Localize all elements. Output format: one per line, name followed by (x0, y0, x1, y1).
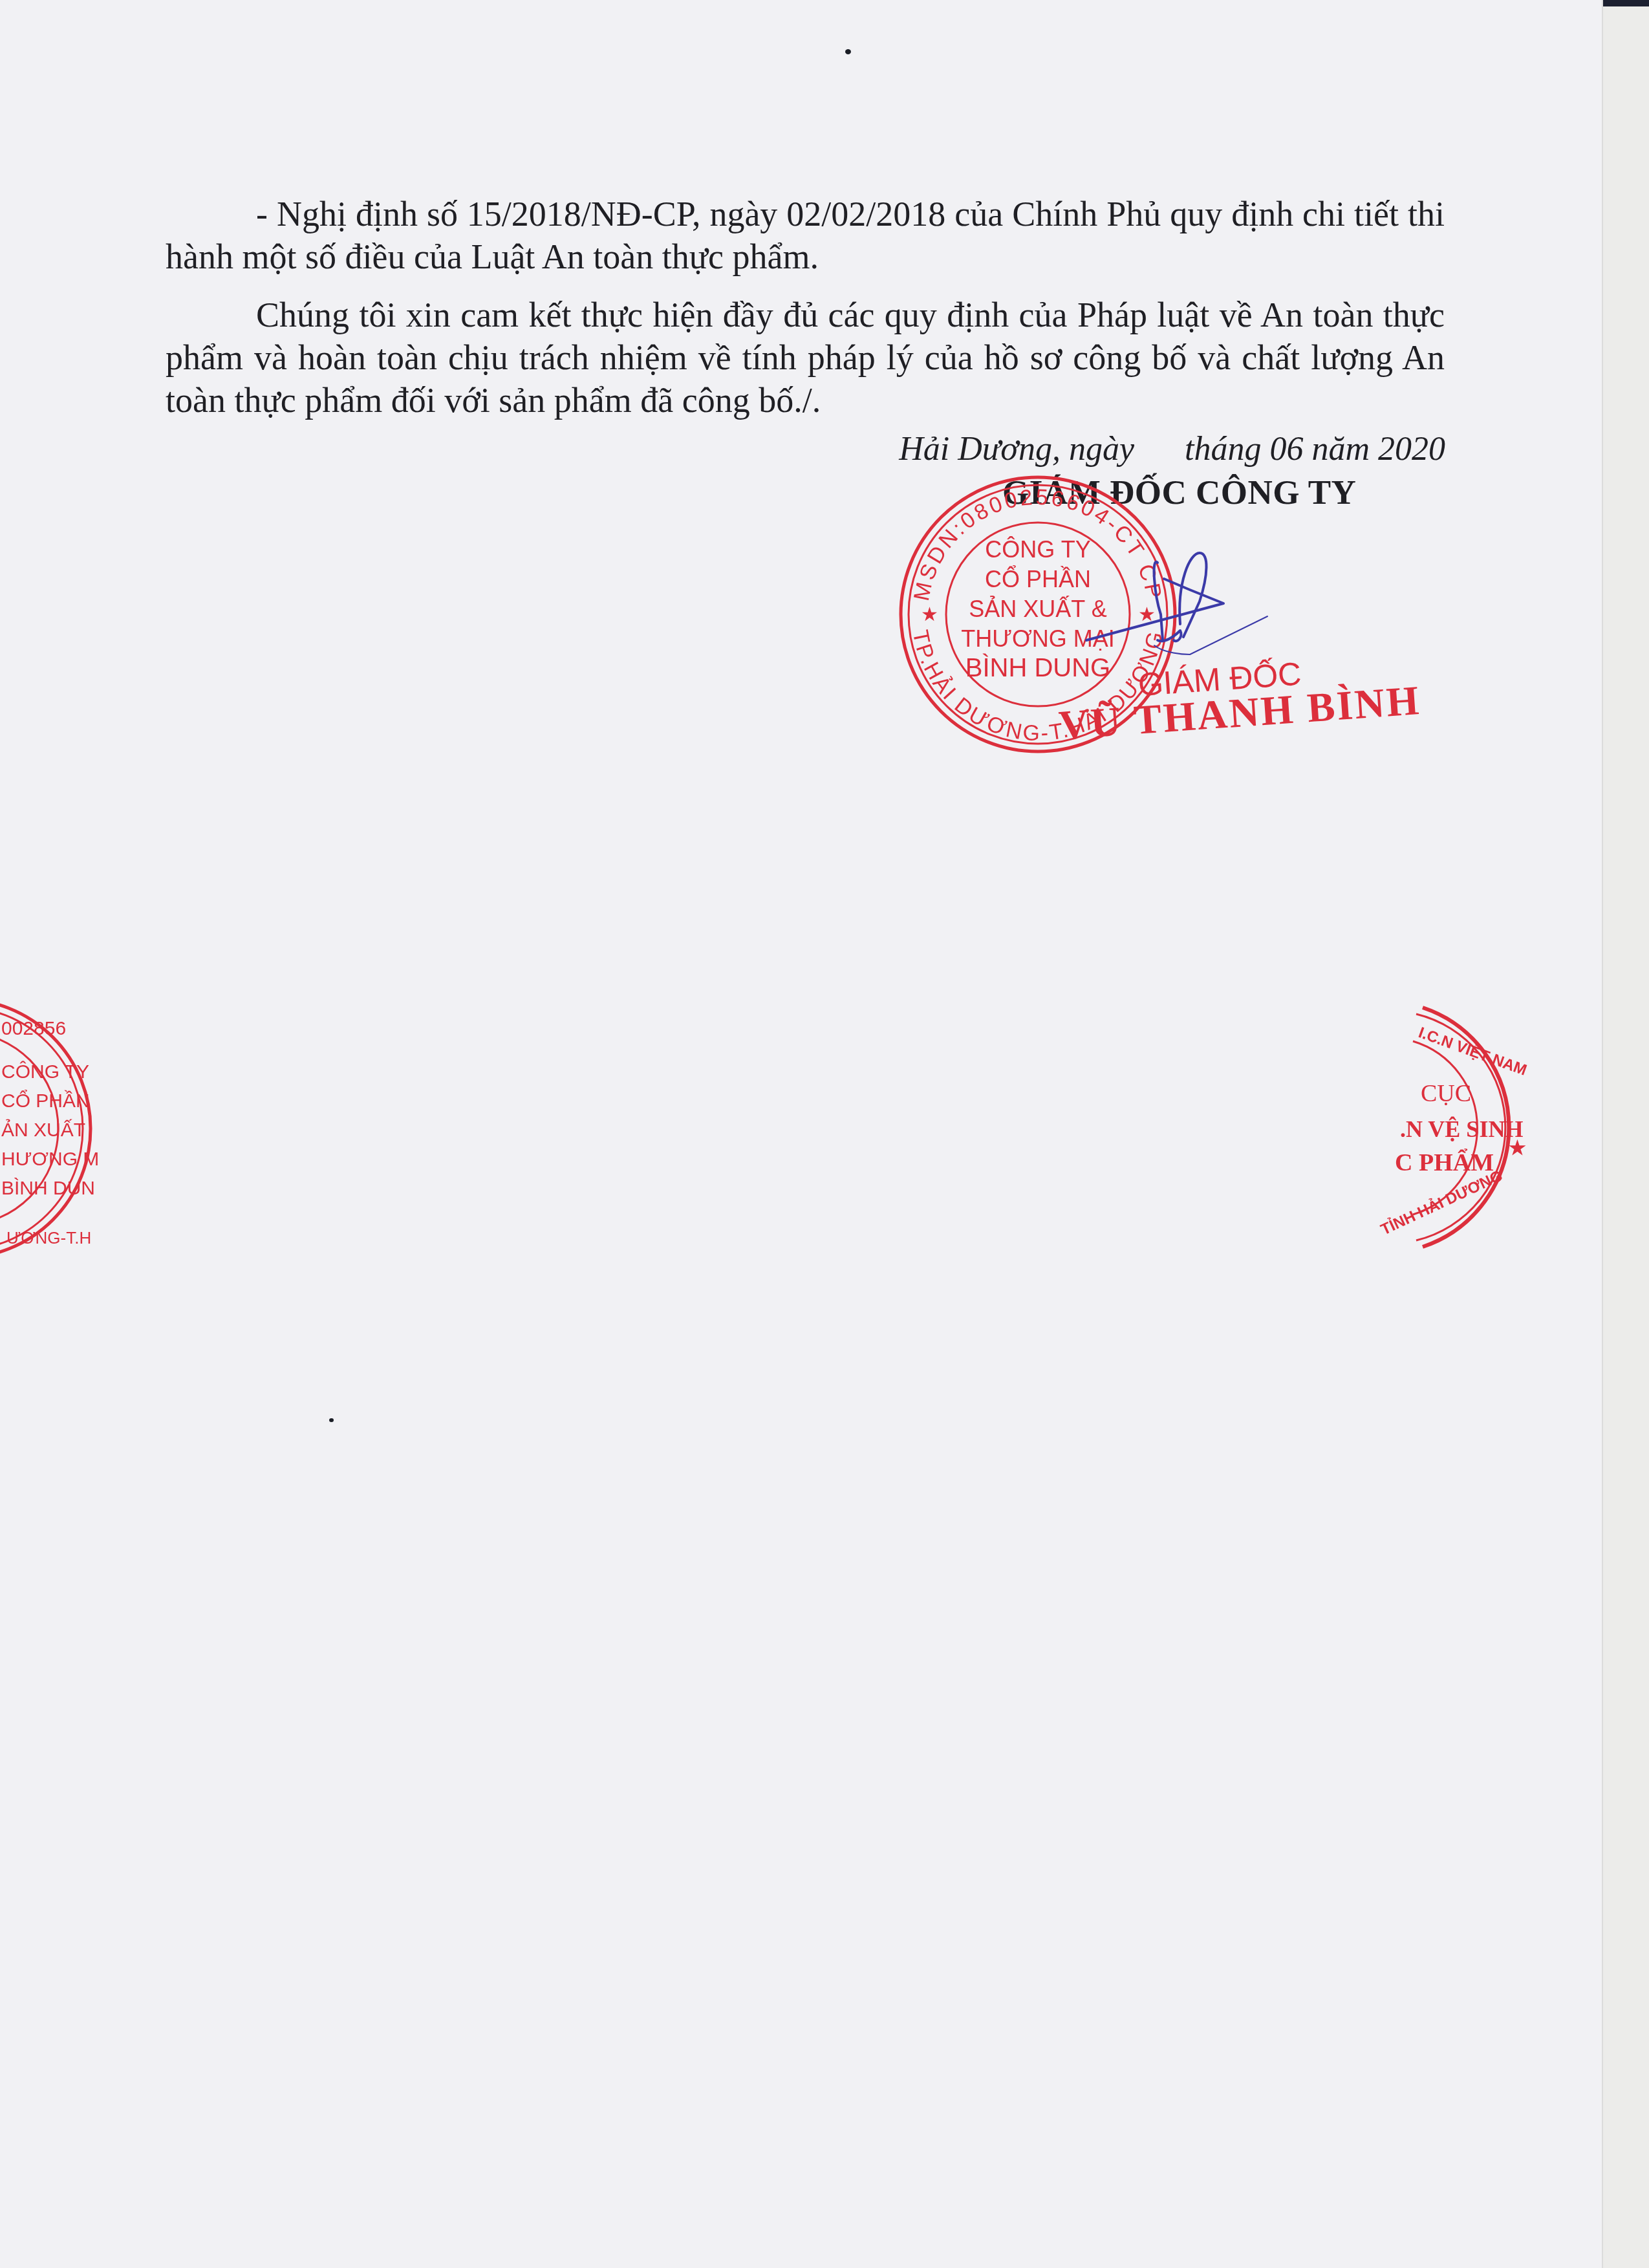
edge-stamp-line: .N VỆ SINH (1400, 1116, 1523, 1142)
stamp-line: CỔ PHẦN (985, 565, 1091, 592)
edge-stamp-line: ƯƠNG-T.H (6, 1228, 91, 1247)
star-icon: ★ (921, 604, 938, 625)
edge-stamp-line: CÔNG TY (1, 1061, 89, 1083)
stamp-line: SẢN XUẤT & (969, 596, 1106, 622)
scanned-page: - Nghị định số 15/2018/NĐ-CP, ngày 02/02… (0, 0, 1602, 2268)
star-icon: ★ (1509, 1138, 1526, 1159)
edge-stamp-line: ẢN XUẤT (1, 1119, 85, 1141)
edge-stamp-line: CỤC (1421, 1080, 1471, 1107)
edge-stamp-line: C PHẨM (1395, 1149, 1494, 1176)
edge-stamp-line: CỔ PHẦN (1, 1090, 90, 1112)
edge-stamp-line: I.C.N VIỆT NAM (1416, 1023, 1529, 1079)
edge-stamp-line: BÌNH DUN (1, 1178, 95, 1199)
edge-stamp-line: HƯƠNG M (1, 1149, 99, 1170)
scan-edge-strip (1602, 0, 1649, 2268)
edge-stamp-line: 002856 (1, 1018, 66, 1039)
scan-edge-band (1603, 0, 1649, 6)
stamp-line: BÌNH DUNG (965, 653, 1110, 682)
company-stamp: MSDN:0800256604-CT CP TP.HẢI DƯƠNG-T.HẢI… (0, 0, 1602, 2268)
stamp-line: CÔNG TY (985, 536, 1090, 563)
